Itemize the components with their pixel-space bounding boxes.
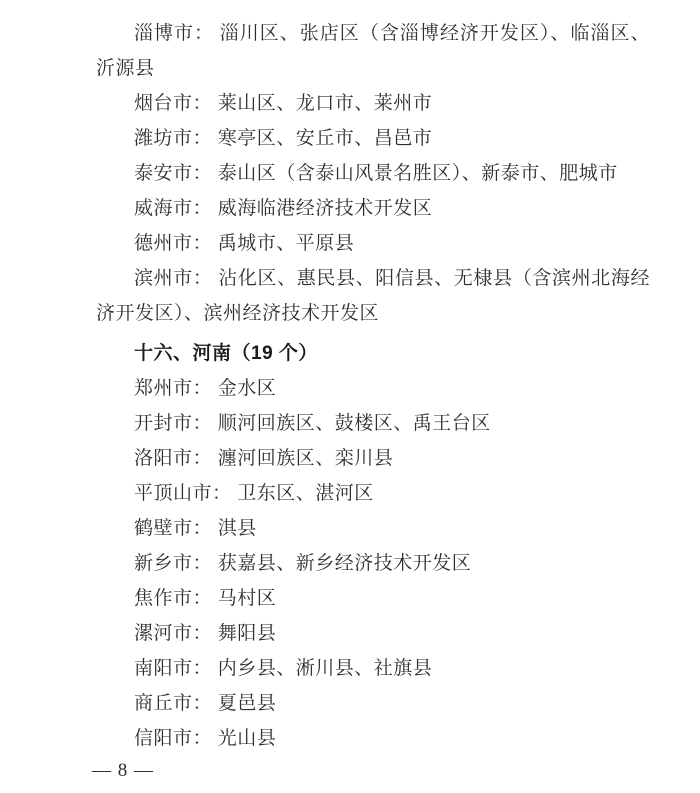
region-entry: 焦作市：马村区 bbox=[96, 581, 650, 616]
city-label: 威海市： bbox=[134, 198, 212, 219]
document-body: 淄博市：淄川区、张店区（含淄博经济开发区）、临淄区、沂源县 烟台市：莱山区、龙口… bbox=[96, 16, 650, 756]
city-label: 信阳市： bbox=[134, 728, 212, 749]
region-entry: 南阳市：内乡县、淅川县、社旗县 bbox=[96, 651, 650, 686]
city-label: 新乡市： bbox=[134, 553, 212, 574]
city-label: 烟台市： bbox=[134, 93, 212, 114]
city-label: 潍坊市： bbox=[134, 128, 212, 149]
region-entry: 潍坊市：寒亭区、安丘市、昌邑市 bbox=[96, 121, 650, 156]
districts-text: 禹城市、平原县 bbox=[218, 233, 355, 254]
districts-text: 泰山区（含泰山风景名胜区）、新泰市、肥城市 bbox=[218, 163, 618, 184]
districts-text: 威海临港经济技术开发区 bbox=[218, 198, 433, 219]
region-entry: 平顶山市：卫东区、湛河区 bbox=[96, 476, 650, 511]
region-entry: 商丘市：夏邑县 bbox=[96, 686, 650, 721]
districts-text: 顺河回族区、鼓楼区、禹王台区 bbox=[218, 413, 491, 434]
region-entry: 威海市：威海临港经济技术开发区 bbox=[96, 191, 650, 226]
region-entry: 鹤壁市：淇县 bbox=[96, 511, 650, 546]
districts-text: 马村区 bbox=[218, 588, 277, 609]
city-label: 南阳市： bbox=[134, 658, 212, 679]
region-entry: 开封市：顺河回族区、鼓楼区、禹王台区 bbox=[96, 406, 650, 441]
region-entry: 洛阳市：瀍河回族区、栾川县 bbox=[96, 441, 650, 476]
districts-text: 光山县 bbox=[218, 728, 277, 749]
region-entry: 烟台市：莱山区、龙口市、莱州市 bbox=[96, 86, 650, 121]
districts-text: 金水区 bbox=[218, 378, 277, 399]
districts-text: 内乡县、淅川县、社旗县 bbox=[218, 658, 433, 679]
region-entry: 德州市：禹城市、平原县 bbox=[96, 226, 650, 261]
region-entry: 信阳市：光山县 bbox=[96, 721, 650, 756]
city-label: 商丘市： bbox=[134, 693, 212, 714]
city-label: 焦作市： bbox=[134, 588, 212, 609]
city-label: 开封市： bbox=[134, 413, 212, 434]
districts-text: 获嘉县、新乡经济技术开发区 bbox=[218, 553, 472, 574]
section-heading-henan: 十六、河南（19 个） bbox=[96, 336, 650, 371]
region-entry: 泰安市：泰山区（含泰山风景名胜区）、新泰市、肥城市 bbox=[96, 156, 650, 191]
districts-text: 舞阳县 bbox=[218, 623, 277, 644]
city-label: 淄博市： bbox=[134, 23, 214, 44]
districts-text: 淇县 bbox=[218, 518, 257, 539]
region-entry: 滨州市：沾化区、惠民县、阳信县、无棣县（含滨州北海经济开发区）、滨州经济技术开发… bbox=[96, 261, 650, 331]
city-label: 泰安市： bbox=[134, 163, 212, 184]
city-label: 德州市： bbox=[134, 233, 212, 254]
districts-text: 卫东区、湛河区 bbox=[237, 483, 374, 504]
districts-text: 寒亭区、安丘市、昌邑市 bbox=[218, 128, 433, 149]
city-label: 漯河市： bbox=[134, 623, 212, 644]
region-entry: 漯河市：舞阳县 bbox=[96, 616, 650, 651]
districts-text: 莱山区、龙口市、莱州市 bbox=[218, 93, 433, 114]
page-number: — 8 — bbox=[92, 760, 154, 782]
districts-text: 瀍河回族区、栾川县 bbox=[218, 448, 394, 469]
city-label: 滨州市： bbox=[134, 268, 213, 289]
city-label: 鹤壁市： bbox=[134, 518, 212, 539]
districts-text: 夏邑县 bbox=[218, 693, 277, 714]
region-entry: 郑州市：金水区 bbox=[96, 371, 650, 406]
city-label: 平顶山市： bbox=[134, 483, 232, 504]
city-label: 洛阳市： bbox=[134, 448, 212, 469]
region-entry: 淄博市：淄川区、张店区（含淄博经济开发区）、临淄区、沂源县 bbox=[96, 16, 650, 86]
city-label: 郑州市： bbox=[134, 378, 212, 399]
region-entry: 新乡市：获嘉县、新乡经济技术开发区 bbox=[96, 546, 650, 581]
